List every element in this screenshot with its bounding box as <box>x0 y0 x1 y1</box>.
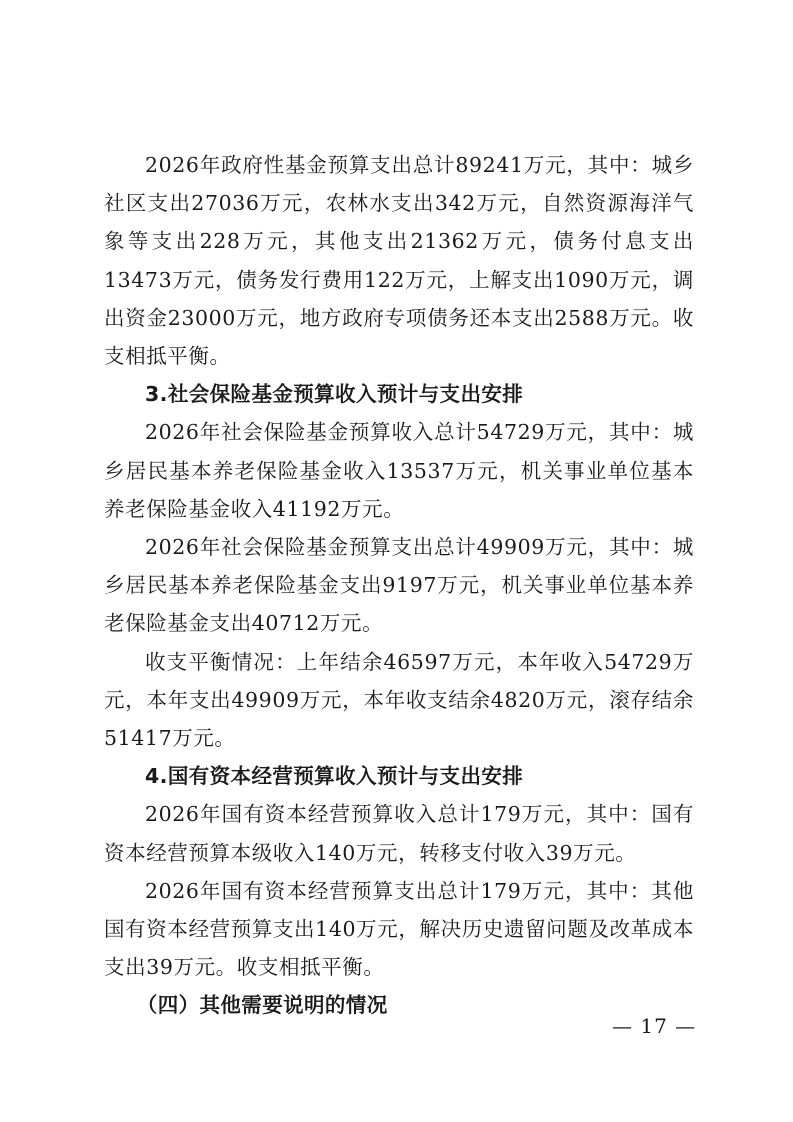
paragraph-balance: 收支平衡情况：上年结余46597万元，本年收入54729万元，本年支出49909… <box>104 643 694 758</box>
paragraph-fund-expenditure: 2026年政府性基金预算支出总计89241万元，其中：城乡社区支出27036万元… <box>104 146 694 375</box>
document-page: 2026年政府性基金预算支出总计89241万元，其中：城乡社区支出27036万元… <box>104 146 694 1025</box>
paragraph-social-insurance-expenditure: 2026年社会保险基金预算支出总计49909万元，其中：城乡居民基本养老保险基金… <box>104 528 694 643</box>
paragraph-state-capital-income: 2026年国有资本经营预算收入总计179万元，其中：国有资本经营预算本级收入14… <box>104 795 694 871</box>
heading-social-insurance: 3.社会保险基金预算收入预计与支出安排 <box>104 375 694 413</box>
paragraph-social-insurance-income: 2026年社会保险基金预算收入总计54729万元，其中：城乡居民基本养老保险基金… <box>104 413 694 528</box>
section-heading-other: （四）其他需要说明的情况 <box>104 986 694 1024</box>
page-number: — 17 — <box>612 1014 696 1038</box>
heading-state-capital: 4.国有资本经营预算收入预计与支出安排 <box>104 757 694 795</box>
paragraph-state-capital-expenditure: 2026年国有资本经营预算支出总计179万元，其中：其他国有资本经营预算支出14… <box>104 872 694 987</box>
